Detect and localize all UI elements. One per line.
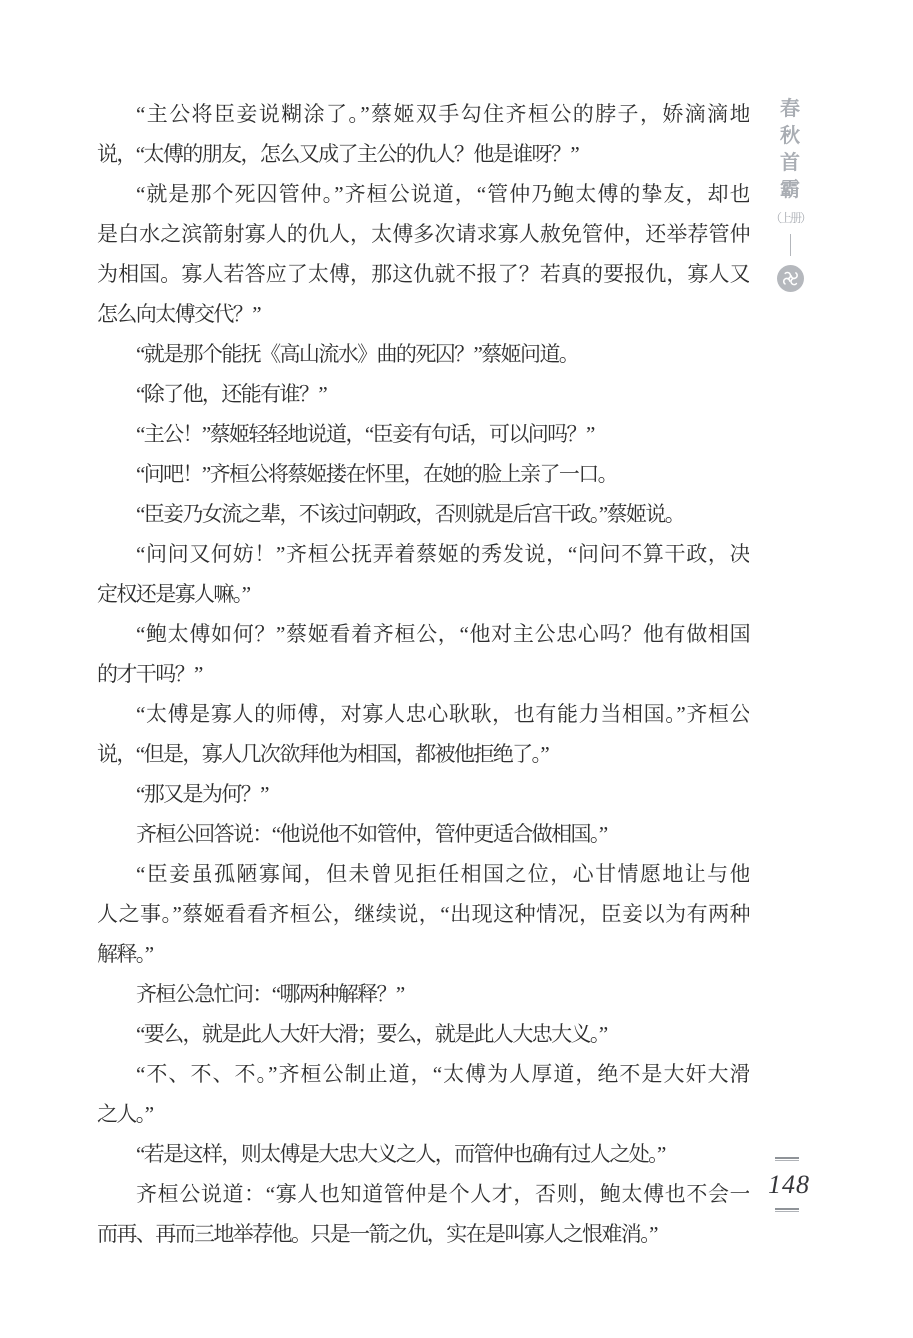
page-number: 148 [768,1170,808,1200]
text-line: “就是那个死囚管仲。”齐桓公说道，“管仲乃鲍太傅的挚友，却也 [97,174,749,214]
text-line: 的才干吗？” [97,654,749,694]
text-line: “要么，就是此人大奸大滑；要么，就是此人大忠大义。” [97,1014,749,1054]
text-line: “问吧！”齐桓公将蔡姬搂在怀里，在她的脸上亲了一口。 [97,454,749,494]
cloud-seal-icon [776,264,805,298]
title-char: 秋 [780,123,800,150]
text-line: “问问又何妨！”齐桓公抚弄着蔡姬的秀发说，“问问不算干政，决 [97,534,749,574]
volume-label: （上册） [770,209,810,226]
divider-line [790,234,791,256]
rule-top [775,1157,799,1161]
sidebar: 春秋首霸 （上册） [758,96,822,298]
text-line: “主公！”蔡姬轻轻地说道，“臣妾有句话，可以问吗？” [97,414,749,454]
text-line: 人之事。”蔡姬看看齐桓公，继续说，“出现这种情况，臣妾以为有两种 [97,894,749,934]
text-line: 之人。” [97,1094,749,1134]
text-line: 说，“太傅的朋友，怎么又成了主公的仇人？他是谁呀？” [97,134,749,174]
text-line: “太傅是寡人的师傅，对寡人忠心耿耿，也有能力当相国。”齐桓公 [97,694,749,734]
page-number-block: 148 [768,1157,808,1212]
text-line: 为相国。寡人若答应了太傅，那这仇就不报了？若真的要报仇，寡人又 [97,254,749,294]
text-line: “就是那个能抚《高山流水》曲的死囚？”蔡姬问道。 [97,334,749,374]
text-block: “主公将臣妾说糊涂了。”蔡姬双手勾住齐桓公的脖子，娇滴滴地说，“太傅的朋友，怎么… [97,94,749,1254]
text-line: “臣妾虽孤陋寡闻，但未曾见拒任相国之位，心甘情愿地让与他 [97,854,749,894]
text-line: 而再、再而三地举荐他。只是一箭之仇，实在是叫寡人之恨难消。” [97,1214,749,1254]
title-char: 首 [780,150,800,177]
text-line: 齐桓公说道：“寡人也知道管仲是个人才，否则，鲍太傅也不会一 [97,1174,749,1214]
text-line: “鲍太傅如何？”蔡姬看着齐桓公，“他对主公忠心吗？他有做相国 [97,614,749,654]
text-line: 定权还是寡人嘛。” [97,574,749,614]
text-line: “若是这样，则太傅是大忠大义之人，而管仲也确有过人之处。” [97,1134,749,1174]
book-page: “主公将臣妾说糊涂了。”蔡姬双手勾住齐桓公的脖子，娇滴滴地说，“太傅的朋友，怎么… [0,0,913,1338]
text-line: 解释。” [97,934,749,974]
book-title-vertical: 春秋首霸 [780,96,800,204]
text-line: 说，“但是，寡人几次欲拜他为相国，都被他拒绝了。” [97,734,749,774]
text-line: 怎么向太傅交代？” [97,294,749,334]
text-line: 齐桓公回答说：“他说他不如管仲，管仲更适合做相国。” [97,814,749,854]
rule-bottom [775,1208,799,1212]
text-line: “除了他，还能有谁？” [97,374,749,414]
text-line: “臣妾乃女流之辈，不该过问朝政，否则就是后宫干政。”蔡姬说。 [97,494,749,534]
text-line: “那又是为何？” [97,774,749,814]
title-char: 春 [780,96,800,123]
text-line: 齐桓公急忙问：“哪两种解释？” [97,974,749,1014]
text-line: “主公将臣妾说糊涂了。”蔡姬双手勾住齐桓公的脖子，娇滴滴地 [97,94,749,134]
text-line: “不、不、不。”齐桓公制止道，“太傅为人厚道，绝不是大奸大滑 [97,1054,749,1094]
title-char: 霸 [780,177,800,204]
text-line: 是白水之滨箭射寡人的仇人，太傅多次请求寡人赦免管仲，还举荐管仲 [97,214,749,254]
